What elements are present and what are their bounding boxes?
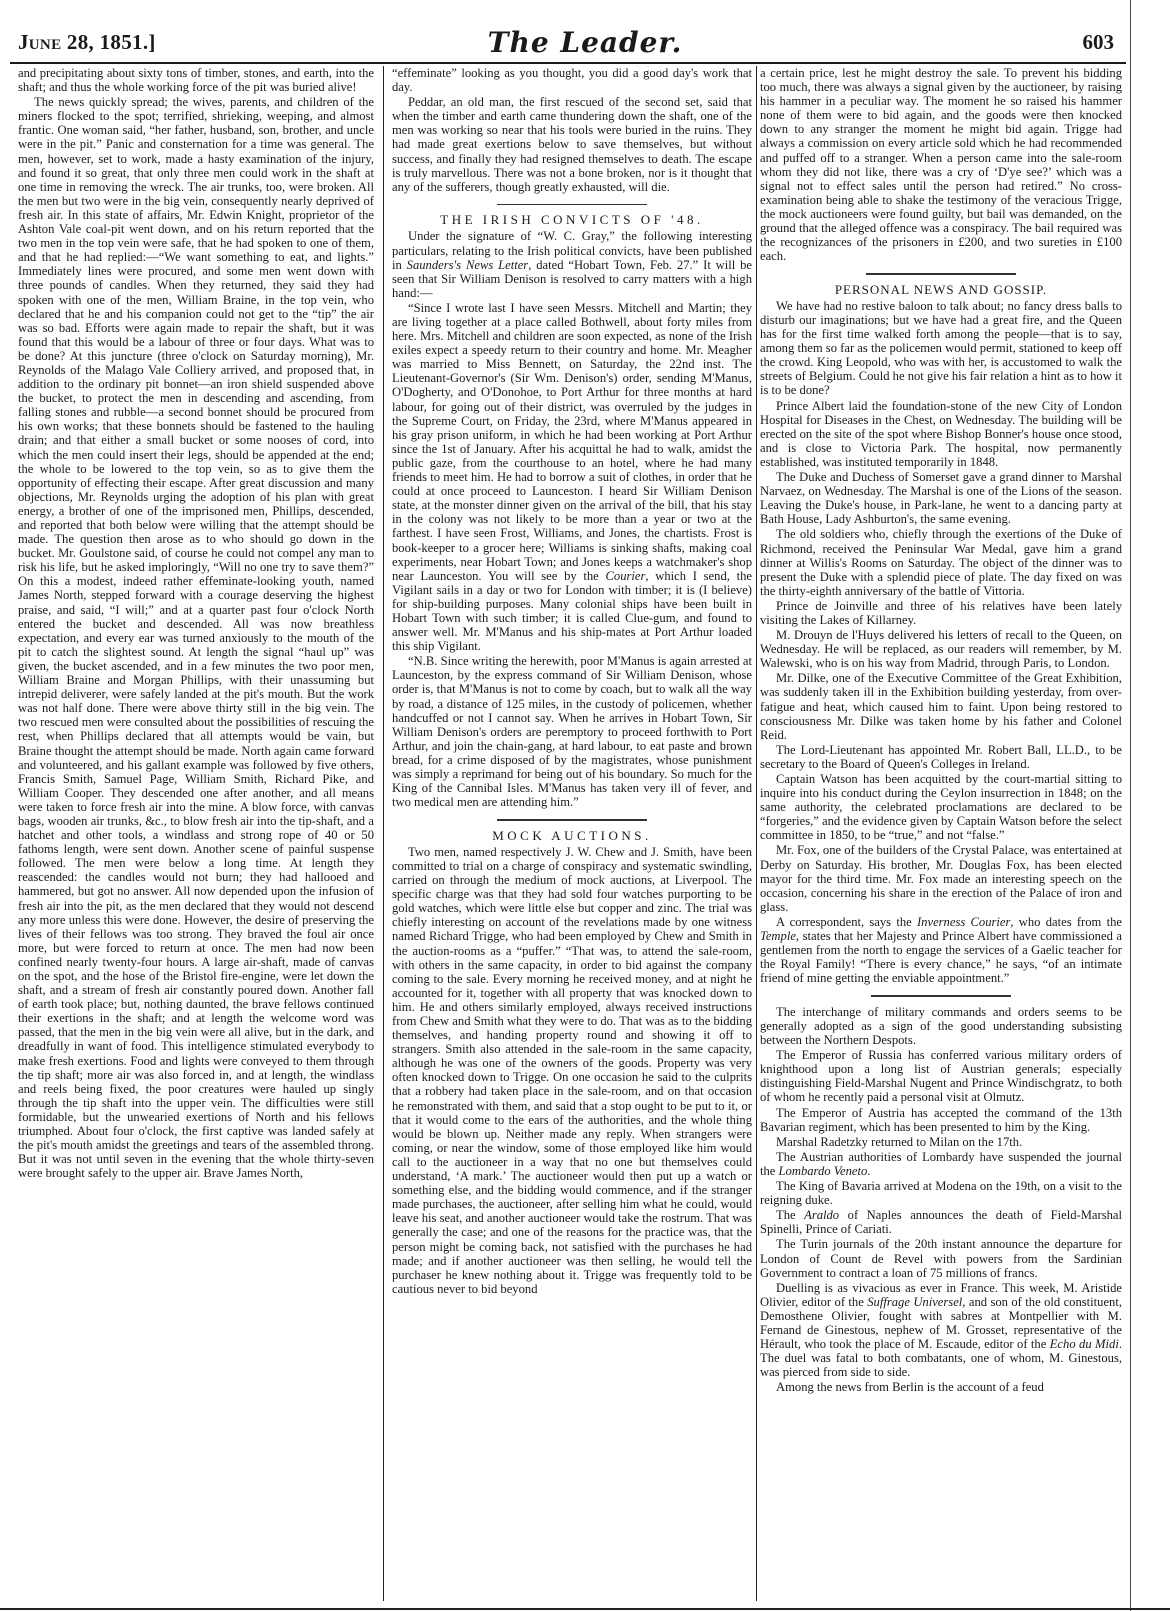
article-paragraph: The Austrian authorities of Lombardy hav… — [760, 1150, 1122, 1178]
text-run: “Since I wrote last I have seen Messrs. … — [392, 301, 752, 583]
article-paragraph: Marshal Radetzky returned to Milan on th… — [760, 1135, 1122, 1149]
article-paragraph: and precipitating about sixty tons of ti… — [18, 66, 374, 94]
page-edge — [1130, 0, 1131, 1611]
section-heading-irish-convicts: THE IRISH CONVICTS OF '48. — [392, 213, 752, 227]
publication-title: Saunders's News Letter — [407, 258, 529, 272]
publication-title: Courier — [606, 569, 646, 583]
column-1: and precipitating about sixty tons of ti… — [18, 66, 374, 1181]
article-paragraph: The Lord-Lieutenant has appointed Mr. Ro… — [760, 743, 1122, 771]
article-paragraph: The news quickly spread; the wives, pare… — [18, 95, 374, 1180]
section-separator — [497, 819, 647, 821]
article-paragraph: Peddar, an old man, the first rescued of… — [392, 95, 752, 194]
article-paragraph: Prince Albert laid the foundation-stone … — [760, 399, 1122, 469]
newspaper-title: The Leader. — [0, 26, 1170, 59]
place-name: Temple — [760, 929, 796, 943]
article-paragraph: The old soldiers who, chiefly through th… — [760, 527, 1122, 597]
article-paragraph: Two men, named respectively J. W. Chew a… — [392, 845, 752, 1296]
article-paragraph: “N.B. Since writing the herewith, poor M… — [392, 654, 752, 809]
column-2: “effeminate” looking as you thought, you… — [392, 66, 752, 1297]
text-run: The — [776, 1208, 804, 1222]
article-paragraph: The Emperor of Russia has conferred vari… — [760, 1048, 1122, 1104]
article-paragraph: a certain price, lest he might destroy t… — [760, 66, 1122, 263]
article-paragraph: Captain Watson has been acquitted by the… — [760, 772, 1122, 842]
section-heading-mock-auctions: MOCK AUCTIONS. — [392, 829, 752, 843]
text-run: , states that her Majesty and Prince Alb… — [760, 929, 1122, 985]
article-paragraph: The Turin journals of the 20th instant a… — [760, 1237, 1122, 1279]
text-run: , who dates from the — [1010, 915, 1122, 929]
article-paragraph: The Araldo of Naples announces the death… — [760, 1208, 1122, 1236]
text-run: . — [867, 1164, 870, 1178]
article-paragraph: Among the news from Berlin is the accoun… — [760, 1380, 1122, 1394]
article-paragraph: Mr. Dilke, one of the Executive Committe… — [760, 671, 1122, 741]
article-paragraph: We have had no restive baloon to talk ab… — [760, 299, 1122, 398]
article-paragraph: Mr. Fox, one of the builders of the Crys… — [760, 843, 1122, 913]
article-paragraph: Under the signature of “W. C. Gray,” the… — [392, 229, 752, 299]
publication-title: Araldo — [804, 1208, 839, 1222]
page-bottom-rule — [0, 1608, 1170, 1610]
page-number: 603 — [1083, 30, 1115, 55]
article-paragraph: The Emperor of Austria has accepted the … — [760, 1106, 1122, 1134]
masthead-rule — [10, 62, 1126, 64]
article-paragraph: Duelling is as vivacious as ever in Fran… — [760, 1281, 1122, 1380]
masthead: June 28, 1851.] The Leader. 603 — [0, 0, 1170, 62]
column-3: a certain price, lest he might destroy t… — [760, 66, 1122, 1395]
article-paragraph: The interchange of military commands and… — [760, 1005, 1122, 1047]
publication-title: Lombardo Veneto — [779, 1164, 868, 1178]
section-separator — [497, 204, 647, 206]
column-divider — [756, 66, 757, 1601]
column-divider — [383, 66, 384, 1601]
article-paragraph: M. Drouyn de l'Huys delivered his letter… — [760, 628, 1122, 670]
publication-title: Inverness Courier — [917, 915, 1010, 929]
article-paragraph: A correspondent, says the Inverness Cour… — [760, 915, 1122, 985]
section-separator — [871, 995, 1011, 997]
article-paragraph: The Duke and Duchess of Somerset gave a … — [760, 470, 1122, 526]
article-paragraph: Prince de Joinville and three of his rel… — [760, 599, 1122, 627]
article-paragraph: “Since I wrote last I have seen Messrs. … — [392, 301, 752, 653]
text-run: A correspondent, says the — [776, 915, 917, 929]
article-paragraph: “effeminate” looking as you thought, you… — [392, 66, 752, 94]
publication-title: Echo du Midi — [1050, 1337, 1119, 1351]
publication-title: Suffrage Universel — [867, 1295, 962, 1309]
section-heading-personal-news: PERSONAL NEWS AND GOSSIP. — [760, 283, 1122, 297]
section-separator — [866, 273, 1016, 275]
article-paragraph: The King of Bavaria arrived at Modena on… — [760, 1179, 1122, 1207]
